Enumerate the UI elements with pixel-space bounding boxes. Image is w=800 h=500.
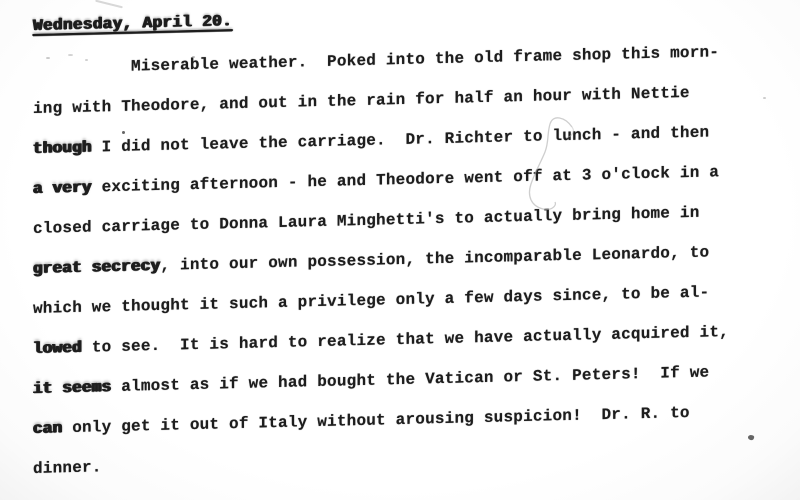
over-inked-text: can <box>33 419 62 438</box>
over-inked-text: great secrecy <box>33 257 160 278</box>
over-inked-text: it seems <box>33 378 111 398</box>
scan-smudge <box>763 97 766 99</box>
scanned-diary-page: Wednesday, April 20. Miserable weather. … <box>0 0 800 500</box>
scan-edge-streak <box>95 0 123 8</box>
scan-speck <box>747 434 754 441</box>
entry-date-heading: Wednesday, April 20. <box>33 9 232 38</box>
typewritten-text-block: Wednesday, April 20. Miserable weather. … <box>33 0 729 489</box>
typed-lines: Miserable weather. Poked into the old fr… <box>33 32 729 489</box>
over-inked-text: though <box>33 139 92 158</box>
over-inked-text: lowed <box>33 339 82 358</box>
over-inked-text: a very <box>33 179 92 198</box>
